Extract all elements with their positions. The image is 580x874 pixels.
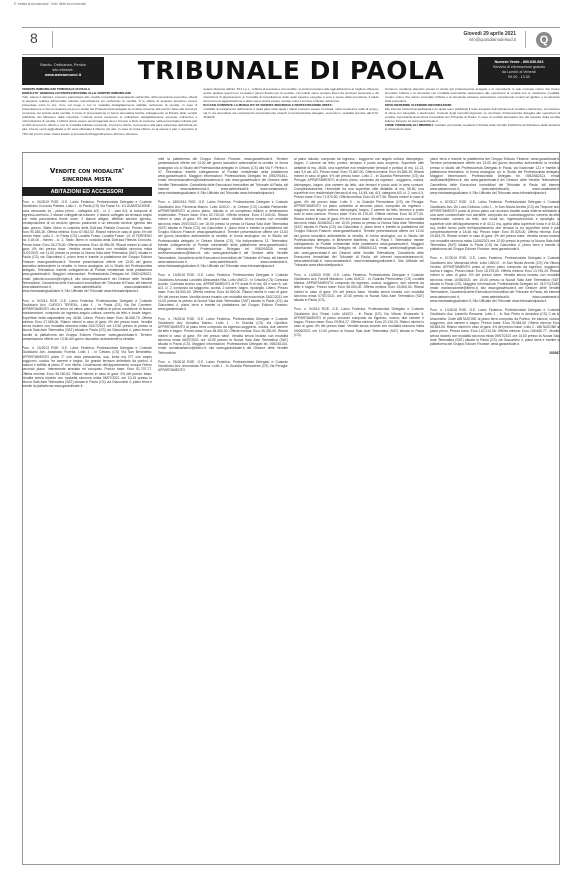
intro-column-2: quanto disposto dall'art. 571 c.p.c., l'…: [203, 87, 378, 152]
listing-entry: piano terra e tramite la piattaforma del…: [430, 157, 560, 195]
listing-entry: Proc. n. 5/2019 RGE. G.E. Laino Federica…: [294, 307, 424, 337]
intro-text-1: Tutti, tranne il debitore, possono parte…: [22, 95, 197, 135]
listing-entry: Proc. n. 57/2017 RGE. G.E. Laino Federic…: [430, 200, 560, 251]
masthead-site-link[interactable]: www.asteannunci.it: [22, 72, 104, 77]
intro-column-3: dovranno mediante deposito presso lo stu…: [385, 87, 560, 152]
listing-entry: Proc. n. 76/2016 RGE. G.E. Laino Federic…: [158, 317, 288, 355]
masthead-right-line4: 09.00 - 13.00: [478, 75, 560, 80]
listing-column-2: mite la piattaforma del Gruppo Edicom Fi…: [158, 157, 288, 862]
page-number: 8: [30, 30, 38, 46]
listings-columns: Vendite con modalita' sincrona mista ABI…: [22, 157, 560, 862]
intro-section: VENDITE IMMOBILIARI TRIBUNALE DI PAOLA M…: [22, 87, 560, 153]
listing-entry: mite la piattaforma del Gruppo Edicom Fi…: [158, 157, 288, 195]
category-banner: ABITAZIONI ED ACCESSORI: [22, 187, 152, 196]
intro-text-2: quanto disposto dall'art. 571 c.p.c., l'…: [203, 87, 378, 103]
listing-entry: Proc. n. 5/2014 RGE. G.E. Laino Federica…: [22, 299, 152, 342]
listing-entry: al piano rialzato, composto da ingresso …: [294, 157, 424, 268]
listing-entry: Proc. n. 19/2018 RGE. G.E. Laino Federic…: [158, 273, 288, 311]
listing-entry: Proc. n. 185/2014 RGE. G.E. Laino Federi…: [158, 200, 288, 268]
listing-entry: Proc. n. 25/2016 RGE. G.E. Laino Federic…: [158, 360, 288, 373]
listing-entry: Proc. n. 67/2019 RGE. G.E. Laino Federic…: [430, 256, 560, 303]
section-title: Vendite con modalita' sincrona mista: [22, 167, 152, 183]
masthead-title: TRIBUNALE DI PAOLA: [104, 57, 478, 85]
copyright-notice: E' vietata la riproduzione. Tutti i diri…: [14, 2, 86, 6]
listing-entry: Proc. n. 14/2020 RGE. G.E. Laino Federic…: [294, 273, 424, 303]
header-date-block: Giovedì 29 aprile 2021 info@quotidianode…: [463, 31, 516, 42]
logo-divider: [525, 31, 526, 48]
intro-text-2b: modalità di svolgimento dell'incanto e d…: [203, 107, 378, 119]
listing-entry: Proc. n. 13/2018 RGE. G.E. Laino Federic…: [430, 308, 560, 346]
masthead-right-box: Numero Verde - 800.630.663 Servizio di i…: [478, 57, 560, 85]
listing-entry: Proc. n. 24/2013 RGE. G.E. Laino Federic…: [22, 346, 152, 389]
masthead-left-box: Bando, Ordinanza, Perizia sito internet:…: [22, 57, 104, 85]
header-divider: [22, 54, 560, 55]
listing-column-3: al piano rialzato, composto da ingresso …: [294, 157, 424, 862]
intro-text-3: dovranno mediante deposito presso lo stu…: [385, 87, 560, 103]
contact-email: info@quotidianodelsud.it: [463, 37, 516, 42]
section-title-line2: sincrona mista: [22, 175, 152, 183]
section-title-line1: Vendite con modalita': [22, 167, 152, 175]
intro-column-1: VENDITE IMMOBILIARI TRIBUNALE DI PAOLA M…: [22, 87, 197, 152]
page-number-divider: [52, 31, 53, 48]
masthead: Bando, Ordinanza, Perizia sito internet:…: [22, 57, 560, 85]
q-logo-icon: Q: [536, 32, 552, 48]
ad-signature-code: 202067: [430, 351, 560, 355]
top-divider: [22, 27, 560, 28]
listing-column-4: piano terra e tramite la piattaforma del…: [430, 157, 560, 862]
intro-text-3b: Sito internet www.tribunaledipaola.it su…: [385, 107, 560, 123]
listing-entry: Proc. n. 34/2019 RGE. G.E. Laino Federic…: [22, 200, 152, 294]
listing-column-1: Vendite con modalita' sincrona mista ABI…: [22, 157, 152, 862]
